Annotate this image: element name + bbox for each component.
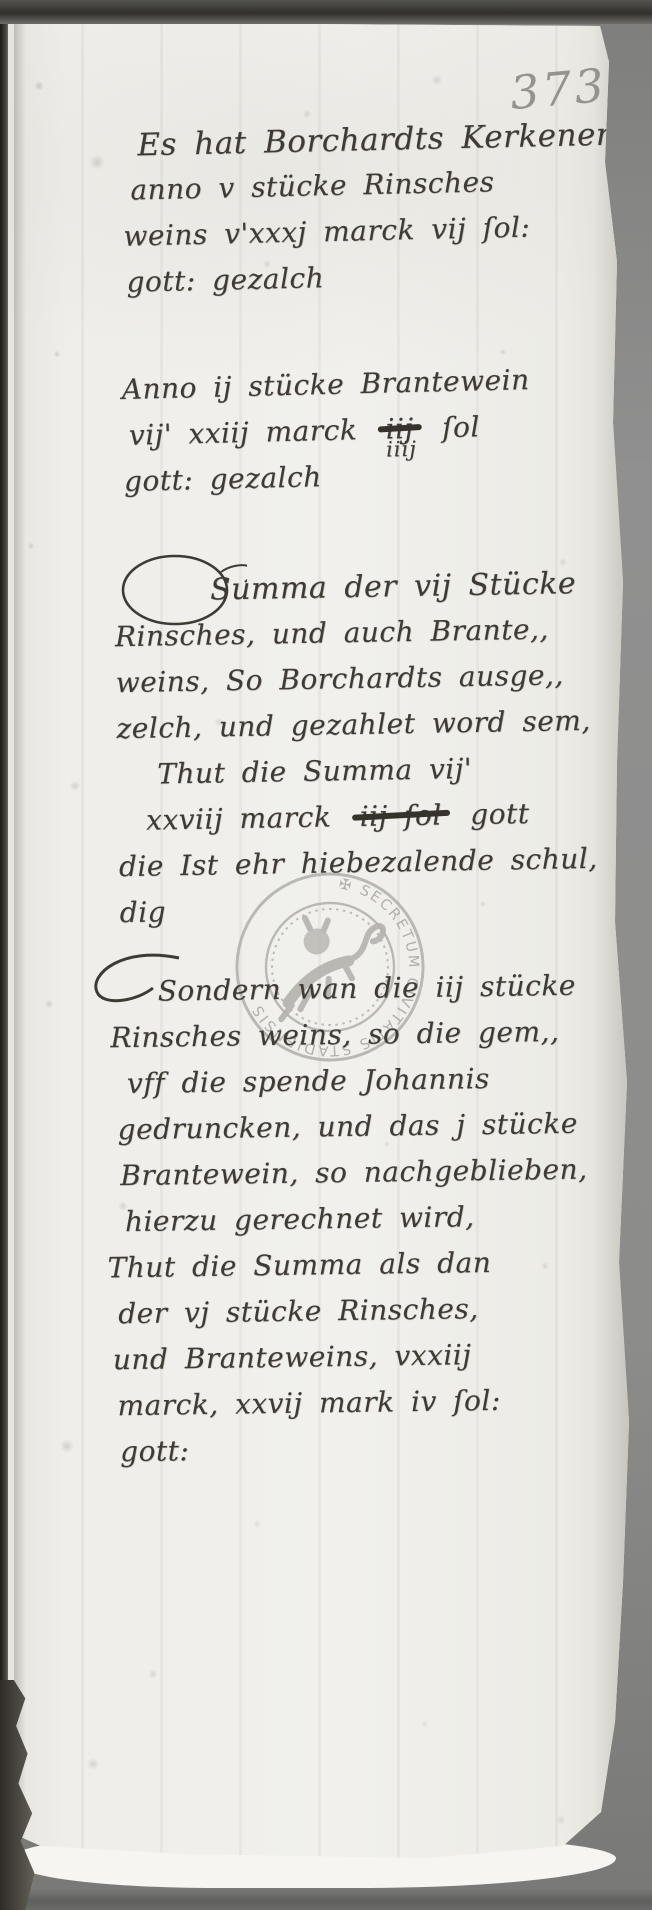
folio-number: 373 [508,58,609,120]
manuscript-line: hierzu gerechnet wird, [125,1199,589,1251]
manuscript-line: Rinsches weins, so die gem,, [110,1015,586,1068]
book-top-edge [0,0,652,24]
book-binding-edge [0,0,8,1910]
manuscript-line: zelch, und gezahlet word sem, [116,704,595,758]
manuscript-line: Sondern wan die iij stücke [157,969,585,1021]
manuscript-line-corrected: xxviij marck iij ſol gott [146,796,597,850]
scanner-background-bottom [0,1888,652,1910]
manuscript-line: marck, xxvij mark iv ſol: [117,1383,591,1436]
entry-block-brandy: Anno ij stücke Brantewein vij' xxiij mar… [121,363,532,511]
manuscript-scan: 373 ✠ SECRETUM CIVITATIS STADIENSIS [0,0,652,1910]
line-text: xxviij marck [146,800,332,836]
manuscript-line: der vj stücke Rinsches, [118,1291,590,1344]
entry-block-summa: Summa der vij Stücke Rinsches, und auch … [114,566,599,942]
inserted-correction-text: iiij [386,437,417,462]
struck-correction: iij ſol [357,798,444,832]
manuscript-line: und Branteweins, vxxiij [113,1337,591,1390]
entry-block-wine: Es hat Borchardts Kerkener anno v stücke… [137,117,615,312]
line-text: gott [470,797,530,831]
line-text: ſol [442,410,480,444]
gutter-fold-shadow [14,22,26,1866]
struck-correction: iij iiij [383,412,416,446]
manuscript-line: Thut die Summa vij' [157,750,596,804]
line-text: vij' xxiij marck [128,413,357,452]
manuscript-line: die Ist ehr hiebezalende schul, [119,842,598,896]
manuscript-line: gott: gezalch [126,255,615,312]
manuscript-line: Brantewein, so nachgeblieben, [120,1153,588,1206]
entry-block-alternative-summa: Sondern wan die iij stücke Rinsches wein… [101,969,591,1482]
manuscript-line: gedruncken, und das j stücke [117,1107,587,1160]
manuscript-line: Thut die Summa als dan [107,1245,589,1298]
manuscript-line: Summa der vij Stücke [210,566,593,619]
manuscript-line: vff die spende Johannis [127,1061,587,1113]
manuscript-line: Rinsches, und auch Brante,, [115,612,594,666]
manuscript-line: weins, So Borchardts ausge,, [115,658,594,712]
manuscript-line: gott: gezalch [124,455,533,511]
manuscript-page: 373 ✠ SECRETUM CIVITATIS STADIENSIS [5,22,639,1866]
manuscript-line: gott: [120,1429,592,1482]
struck-text: iij ſol [357,798,444,832]
manuscript-line: dig [119,888,598,942]
